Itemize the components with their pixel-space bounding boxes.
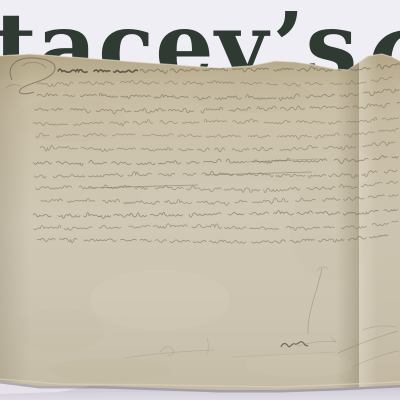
photo-svg: tacey’s C	[0, 0, 400, 400]
photo: tacey’s C	[0, 0, 400, 400]
parchment	[0, 54, 400, 390]
